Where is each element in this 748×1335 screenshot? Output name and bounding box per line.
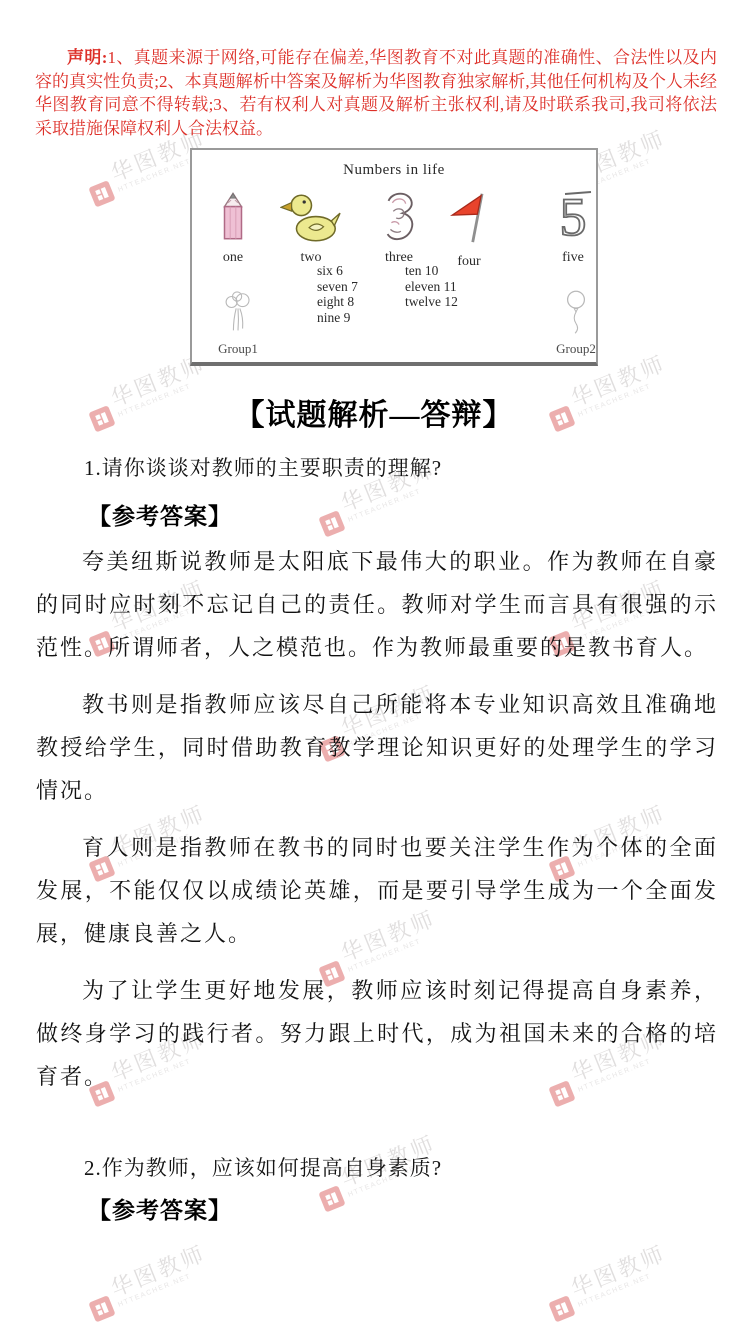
ear-icon xyxy=(359,190,439,244)
answer-paragraph: 为了让学生更好地发展，教师应该时刻记得提高自身素养，做终身学习的践行者。努力跟上… xyxy=(36,969,718,1098)
figure-item-label: five xyxy=(533,250,613,266)
figure-item-label: one xyxy=(193,250,273,266)
flower-sketch-icon xyxy=(221,322,255,339)
number-word: eight 8 xyxy=(317,294,358,310)
number-word: six 6 xyxy=(317,263,358,279)
disclaimer-text: 1、真题来源于网络,可能存在偏差,华图教育不对此真题的准确性、合法性以及内容的真… xyxy=(35,48,717,138)
figure-item-two: two xyxy=(271,190,351,266)
section-heading: 【试题解析—答辩】 xyxy=(0,390,748,434)
balloon-icon xyxy=(561,322,591,339)
group1-label: Group1 xyxy=(210,341,266,357)
answer-paragraph: 教书则是指教师应该尽自己所能将本专业知识高效且准确地教授给学生，同时借助教育教学… xyxy=(36,683,718,812)
numbers-in-life-figure: Numbers in life one xyxy=(190,148,598,366)
number-word: nine 9 xyxy=(317,310,358,326)
answer-heading-2: 【参考答案】 xyxy=(88,1192,232,1225)
number-word: eleven 11 xyxy=(405,279,458,295)
figure-item-five: 5 five xyxy=(533,190,613,266)
question-1: 1.请你谈谈对教师的主要职责的理解? xyxy=(36,452,726,482)
figure-item-four: four xyxy=(429,190,509,270)
figure-item-one: one xyxy=(193,190,273,266)
disclaimer-paragraph: 声明:1、真题来源于网络,可能存在偏差,华图教育不对此真题的准确性、合法性以及内… xyxy=(35,46,717,140)
number-word: ten 10 xyxy=(405,263,458,279)
figure-title: Numbers in life xyxy=(192,162,596,179)
group2: Group2 xyxy=(548,289,604,357)
answer-paragraph: 夸美纽斯说教师是太阳底下最伟大的职业。作为教师在自豪的同时应时刻不忘记自己的责任… xyxy=(36,540,718,669)
number-word: seven 7 xyxy=(317,279,358,295)
document-page: 华图教师 HTTEACHER.NET 华图教师 HTTEACHER.NET 华图… xyxy=(0,0,748,1335)
answer-paragraph: 育人则是指教师在教书的同时也要关注学生作为个体的全面发展，不能仅仅以成绩论英雄，… xyxy=(36,826,718,955)
document-content: 声明:1、真题来源于网络,可能存在偏差,华图教育不对此真题的准确性、合法性以及内… xyxy=(0,0,748,1335)
answer-1-body: 夸美纽斯说教师是太阳底下最伟大的职业。作为教师在自豪的同时应时刻不忘记自己的责任… xyxy=(36,540,718,1112)
figure-item-three: three xyxy=(359,190,439,266)
pencil-icon xyxy=(193,190,273,244)
numeral-five-icon: 5 xyxy=(533,190,613,244)
flag-icon xyxy=(429,190,509,244)
group1: Group1 xyxy=(210,291,266,357)
number-word-list-2: ten 10 eleven 11 twelve 12 xyxy=(405,263,458,310)
group2-label: Group2 xyxy=(548,341,604,357)
number-word: twelve 12 xyxy=(405,294,458,310)
duck-icon xyxy=(271,190,351,244)
svg-text:5: 5 xyxy=(560,188,587,244)
answer-heading-1: 【参考答案】 xyxy=(88,498,232,531)
question-2: 2.作为教师，应该如何提高自身素质? xyxy=(36,1152,726,1182)
number-word-list-1: six 6 seven 7 eight 8 nine 9 xyxy=(317,263,358,325)
disclaimer-label: 声明: xyxy=(67,48,107,67)
